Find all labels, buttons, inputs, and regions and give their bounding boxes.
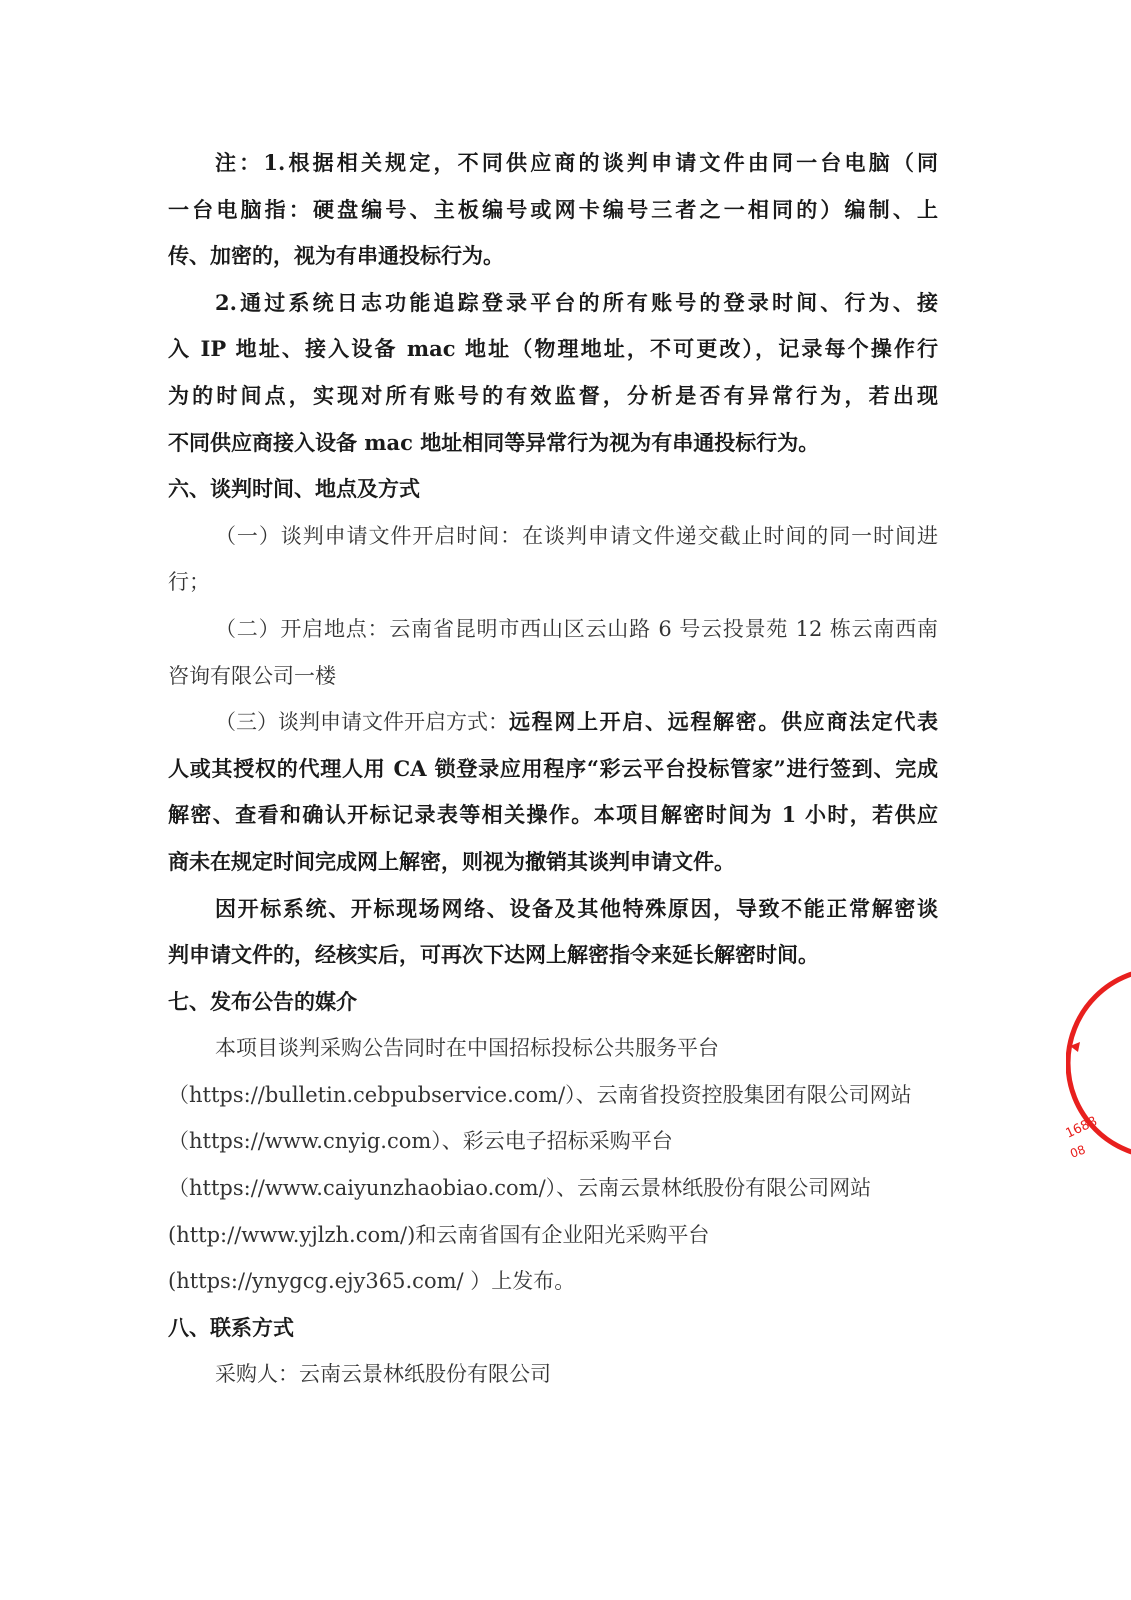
section-7-line-3: （https://www.cnyig.com）、彩云电子招标采购平台 [168, 1118, 938, 1165]
note-2-line-2: 入 IP 地址、接入设备 mac 地址（物理地址，不可更改），记录每个操作行 [168, 326, 938, 373]
note-2-line-4: 不同供应商接入设备 mac 地址相同等异常行为视为有串通投标行为。 [168, 420, 938, 467]
section-6-item-3-line-3: 解密、查看和确认开标记录表等相关操作。本项目解密时间为 1 小时，若供应 [168, 792, 938, 839]
svg-text:1688: 1688 [1066, 1114, 1100, 1142]
document-body: 注：1.根据相关规定，不同供应商的谈判申请文件由同一台电脑（同 一台电脑指：硬盘… [168, 140, 938, 1398]
company-seal-stamp: 有限公司 1688 08 [1066, 958, 1131, 1168]
section-8-heading: 八、联系方式 [168, 1305, 938, 1352]
section-7-line-5: (http://www.yjlzh.com/)和云南省国有企业阳光采购平台 [168, 1212, 938, 1259]
note-2-line-3: 为的时间点，实现对所有账号的有效监督，分析是否有异常行为，若出现 [168, 373, 938, 420]
section-7-line-1: 本项目谈判采购公告同时在中国招标投标公共服务平台 [168, 1025, 938, 1072]
section-7-line-6: (https://ynygcg.ejy365.com/ ）上发布。 [168, 1258, 938, 1305]
note-1-line-3: 传、加密的，视为有串通投标行为。 [168, 233, 938, 280]
section-6-item-3-line-1: （三）谈判申请文件开启方式：远程网上开启、远程解密。供应商法定代表 [168, 699, 938, 746]
note-2-line-1: 2.通过系统日志功能追踪登录平台的所有账号的登录时间、行为、接 [168, 280, 938, 327]
svg-text:08: 08 [1068, 1142, 1087, 1160]
section-8-line-1: 采购人：云南云景林纸股份有限公司 [168, 1351, 938, 1398]
note-1-line-1: 注：1.根据相关规定，不同供应商的谈判申请文件由同一台电脑（同 [168, 140, 938, 187]
section-7-line-4: （https://www.caiyunzhaobiao.com/）、云南云景林纸… [168, 1165, 938, 1212]
section-7-heading: 七、发布公告的媒介 [168, 979, 938, 1026]
section-7-line-2: （https://bulletin.cebpubservice.com/）、云南… [168, 1072, 938, 1119]
section-6-item-2-line-2: 咨询有限公司一楼 [168, 653, 938, 700]
section-6-extra-line-1: 因开标系统、开标现场网络、设备及其他特殊原因，导致不能正常解密谈 [168, 886, 938, 933]
section-6-item-2-line-1: （二）开启地点：云南省昆明市西山区云山路 6 号云投景苑 12 栋云南西南 [168, 606, 938, 653]
document-page: 注：1.根据相关规定，不同供应商的谈判申请文件由同一台电脑（同 一台电脑指：硬盘… [0, 0, 1131, 1600]
section-6-item-1-line-2: 行； [168, 559, 938, 606]
section-6-item-3-label: （三）谈判申请文件开启方式： [215, 699, 509, 746]
section-6-item-1-line-1: （一）谈判申请文件开启时间：在谈判申请文件递交截止时间的同一时间进 [168, 513, 938, 560]
section-6-heading: 六、谈判时间、地点及方式 [168, 466, 938, 513]
section-6-item-3-text: 远程网上开启、远程解密。供应商法定代表 [509, 699, 938, 746]
section-6-item-3-line-4: 商未在规定时间完成网上解密，则视为撤销其谈判申请文件。 [168, 839, 938, 886]
section-6-item-3-line-2: 人或其授权的代理人用 CA 锁登录应用程序“彩云平台投标管家”进行签到、完成 [168, 746, 938, 793]
note-1-line-2: 一台电脑指：硬盘编号、主板编号或网卡编号三者之一相同的）编制、上 [168, 187, 938, 234]
section-6-extra-line-2: 判申请文件的，经核实后，可再次下达网上解密指令来延长解密时间。 [168, 932, 938, 979]
